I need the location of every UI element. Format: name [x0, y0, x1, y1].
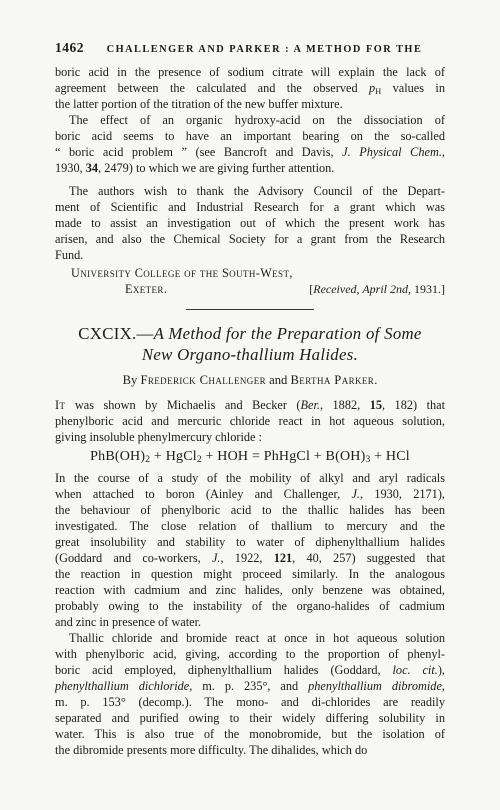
text-run: + HCl — [370, 449, 409, 464]
text-run: ), — [438, 663, 445, 677]
text-run: 34 — [86, 161, 98, 175]
intro-paragraphs: boric acid in the presence of sodium cit… — [55, 64, 445, 263]
text-run: the dibromide presents more difficulty. … — [55, 743, 367, 757]
text-run: , 1882, — [320, 398, 370, 412]
text-run: PhB(OH) — [90, 449, 145, 464]
text-run: CXCIX.— — [78, 324, 153, 343]
text-line: In the course of a study of the mobility… — [55, 470, 445, 486]
paragraph: Thallic chloride and bromide react at on… — [55, 630, 445, 758]
paragraph: In the course of a study of the mobility… — [55, 470, 445, 630]
text-run: water. This is also true of the monobrom… — [55, 727, 445, 741]
text-line: ment of Scientific and Industrial Resear… — [55, 199, 445, 215]
text-run: the latter portion of the titration of t… — [55, 97, 343, 111]
text-line: made to assist an investigation out of w… — [55, 215, 445, 231]
text-run: boric acid employed, diphenylthallium ha… — [55, 663, 393, 677]
place-received-line: Exeter. [Received, April 2nd, 1931.] — [55, 282, 445, 298]
text-run: agreement between the calculated and the… — [55, 81, 369, 95]
running-title: CHALLENGER AND PARKER : A METHOD FOR THE — [84, 44, 445, 55]
text-run: reaction with cadmium and zinc halides, … — [55, 583, 445, 597]
text-run: and zinc in presence of water. — [55, 615, 201, 629]
text-line: Fund. — [55, 247, 445, 263]
text-line: reaction with cadmium and zinc halides, … — [55, 582, 445, 598]
title-line-1: CXCIX.—A Method for the Preparation of S… — [55, 323, 445, 344]
text-run: , 182) that — [382, 398, 445, 412]
text-run: J. Physical Chem. — [342, 145, 442, 159]
text-line: the dibromide presents more difficulty. … — [55, 742, 445, 758]
text-line: and zinc in presence of water. — [55, 614, 445, 630]
text-run: phenylthallium dibromide — [308, 679, 442, 693]
text-line: separated and purified owing to their wi… — [55, 710, 445, 726]
text-line: phenylthallium dichloride, m. p. 235°, a… — [55, 678, 445, 694]
text-run: It — [55, 398, 65, 412]
text-run: , 1930, 2171), — [360, 487, 445, 501]
received-date: [Received, April 2nd, 1931.] — [309, 282, 445, 298]
text-run: , 2479) to which we are giving further a… — [98, 161, 334, 175]
text-line: Thallic chloride and bromide react at on… — [55, 630, 445, 646]
text-run: great insolubility and stability to wate… — [55, 535, 445, 549]
place-name: Exeter. — [125, 282, 167, 298]
text-run: the reaction in question might proceed s… — [55, 567, 445, 581]
text-line: probably owing to the instability of the… — [55, 598, 445, 614]
text-line: (Goddard and co-workers, J., 1922, 121, … — [55, 550, 445, 566]
text-run: By — [123, 373, 141, 387]
text-run: Thallic chloride and bromide react at on… — [69, 631, 445, 645]
text-line: m. p. 153° (decomp.). The mono- and di-c… — [55, 694, 445, 710]
text-run: with phenylboric acid, giving, according… — [55, 647, 445, 661]
text-run: . — [374, 373, 377, 387]
text-run: phenylthallium dichloride — [55, 679, 189, 693]
text-run: J. — [351, 487, 360, 501]
text-line: boric acid employed, diphenylthallium ha… — [55, 662, 445, 678]
text-column: boric acid in the presence of sodium cit… — [55, 64, 445, 758]
text-run: m. p. 153° (decomp.). The mono- and di-c… — [55, 695, 445, 709]
text-run: , m. p. 235°, and — [189, 679, 308, 693]
text-run: 15 — [370, 398, 382, 412]
text-line: the reaction in question might proceed s… — [55, 566, 445, 582]
text-run: Received, April 2nd, — [313, 282, 411, 296]
text-run: arisen, and also the Chemical Society fo… — [55, 232, 445, 246]
paragraph: The effect of an organic hydroxy-acid on… — [55, 112, 445, 176]
text-line: It was shown by Michaelis and Becker (Be… — [55, 397, 445, 413]
text-run: , — [442, 679, 445, 693]
title-line-2: New Organo-thallium Halides. — [55, 344, 445, 365]
text-run: phenylboric acid and mercuric chloride r… — [55, 414, 445, 428]
text-run: made to assist an investigation out of w… — [55, 216, 445, 230]
text-run: boric acid in the presence of sodium cit… — [55, 65, 445, 79]
main-paragraphs: In the course of a study of the mobility… — [55, 470, 445, 758]
paragraph: The authors wish to thank the Advisory C… — [55, 183, 445, 263]
paragraph: boric acid in the presence of sodium cit… — [55, 64, 445, 112]
text-run: , 1922, — [221, 551, 274, 565]
text-run: The authors wish to thank the Advisory C… — [69, 184, 445, 198]
institution-line: University College of the South-West, — [55, 266, 445, 282]
text-line: the latter portion of the titration of t… — [55, 96, 445, 112]
text-run: ment of Scientific and Industrial Resear… — [55, 200, 445, 214]
text-line: boric acid in the presence of sodium cit… — [55, 64, 445, 80]
text-line: The authors wish to thank the Advisory C… — [55, 183, 445, 199]
text-run: (Goddard and co-workers, — [55, 551, 212, 565]
chemical-equation: PhB(OH)2 + HgCl2 + HOH = PhHgCl + B(OH)3… — [55, 449, 445, 465]
text-run: and — [266, 373, 290, 387]
text-run: probably owing to the instability of the… — [55, 599, 445, 613]
text-run: was shown by Michaelis and Becker ( — [65, 398, 300, 412]
text-run: the behaviour of phenylboric acid to the… — [55, 503, 445, 517]
text-run: New Organo-thallium Halides. — [142, 345, 358, 364]
text-line: 1930, 34, 2479) to which we are giving f… — [55, 160, 445, 176]
text-line: giving insoluble phenylmercury chloride … — [55, 429, 445, 445]
text-line: great insolubility and stability to wate… — [55, 534, 445, 550]
running-header: 1462 CHALLENGER AND PARKER : A METHOD FO… — [55, 40, 445, 56]
text-line: arisen, and also the Chemical Society fo… — [55, 231, 445, 247]
text-run: J. — [212, 551, 221, 565]
scanned-journal-page: 1462 CHALLENGER AND PARKER : A METHOD FO… — [0, 0, 500, 810]
page-number: 1462 — [55, 40, 84, 56]
text-line: agreement between the calculated and the… — [55, 80, 445, 96]
text-run: + HOH = PhHgCl + B(OH) — [202, 449, 366, 464]
text-run: Bertha Parker — [291, 373, 375, 387]
text-run: + HgCl — [150, 449, 197, 464]
article-title: CXCIX.—A Method for the Preparation of S… — [55, 323, 445, 365]
text-line: phenylboric acid and mercuric chloride r… — [55, 413, 445, 429]
text-run: 1931.] — [411, 282, 445, 296]
text-run: loc. cit. — [393, 663, 438, 677]
text-run: giving insoluble phenylmercury chloride … — [55, 430, 262, 444]
text-line: investigated. The close relation of thal… — [55, 518, 445, 534]
section-divider — [186, 309, 314, 310]
text-run: investigated. The close relation of thal… — [55, 519, 445, 533]
text-run: Fund. — [55, 248, 83, 262]
text-line: with phenylboric acid, giving, according… — [55, 646, 445, 662]
text-line: boric acid seems to have an important be… — [55, 128, 445, 144]
byline: By Frederick Challenger and Bertha Parke… — [55, 372, 445, 388]
paragraph: It was shown by Michaelis and Becker (Be… — [55, 397, 445, 445]
text-line: water. This is also true of the monobrom… — [55, 726, 445, 742]
text-line: when attached to boron (Ainley and Chall… — [55, 486, 445, 502]
text-run: Ber. — [301, 398, 320, 412]
text-run: , 40, 257) suggested that — [292, 551, 445, 565]
text-run: when attached to boron (Ainley and Chall… — [55, 487, 351, 501]
text-line: The effect of an organic hydroxy-acid on… — [55, 112, 445, 128]
text-run: The effect of an organic hydroxy-acid on… — [69, 113, 445, 127]
text-run: In the course of a study of the mobility… — [55, 471, 445, 485]
text-run: “ boric acid problem ” (see Bancroft and… — [55, 145, 342, 159]
text-line: “ boric acid problem ” (see Bancroft and… — [55, 144, 445, 160]
text-run: , — [442, 145, 445, 159]
text-run: Frederick Challenger — [140, 373, 266, 387]
text-run: boric acid seems to have an important be… — [55, 129, 445, 143]
signature-block: University College of the South-West, Ex… — [55, 266, 445, 297]
text-run: 121 — [274, 551, 292, 565]
institution-name: University College of the South-West, — [71, 266, 293, 280]
text-run: A Method for the Preparation of Some — [154, 324, 422, 343]
text-run: values in — [381, 81, 445, 95]
text-run: separated and purified owing to their wi… — [55, 711, 445, 725]
text-run: 1930, — [55, 161, 86, 175]
opening-paragraphs: It was shown by Michaelis and Becker (Be… — [55, 397, 445, 445]
text-line: the behaviour of phenylboric acid to the… — [55, 502, 445, 518]
